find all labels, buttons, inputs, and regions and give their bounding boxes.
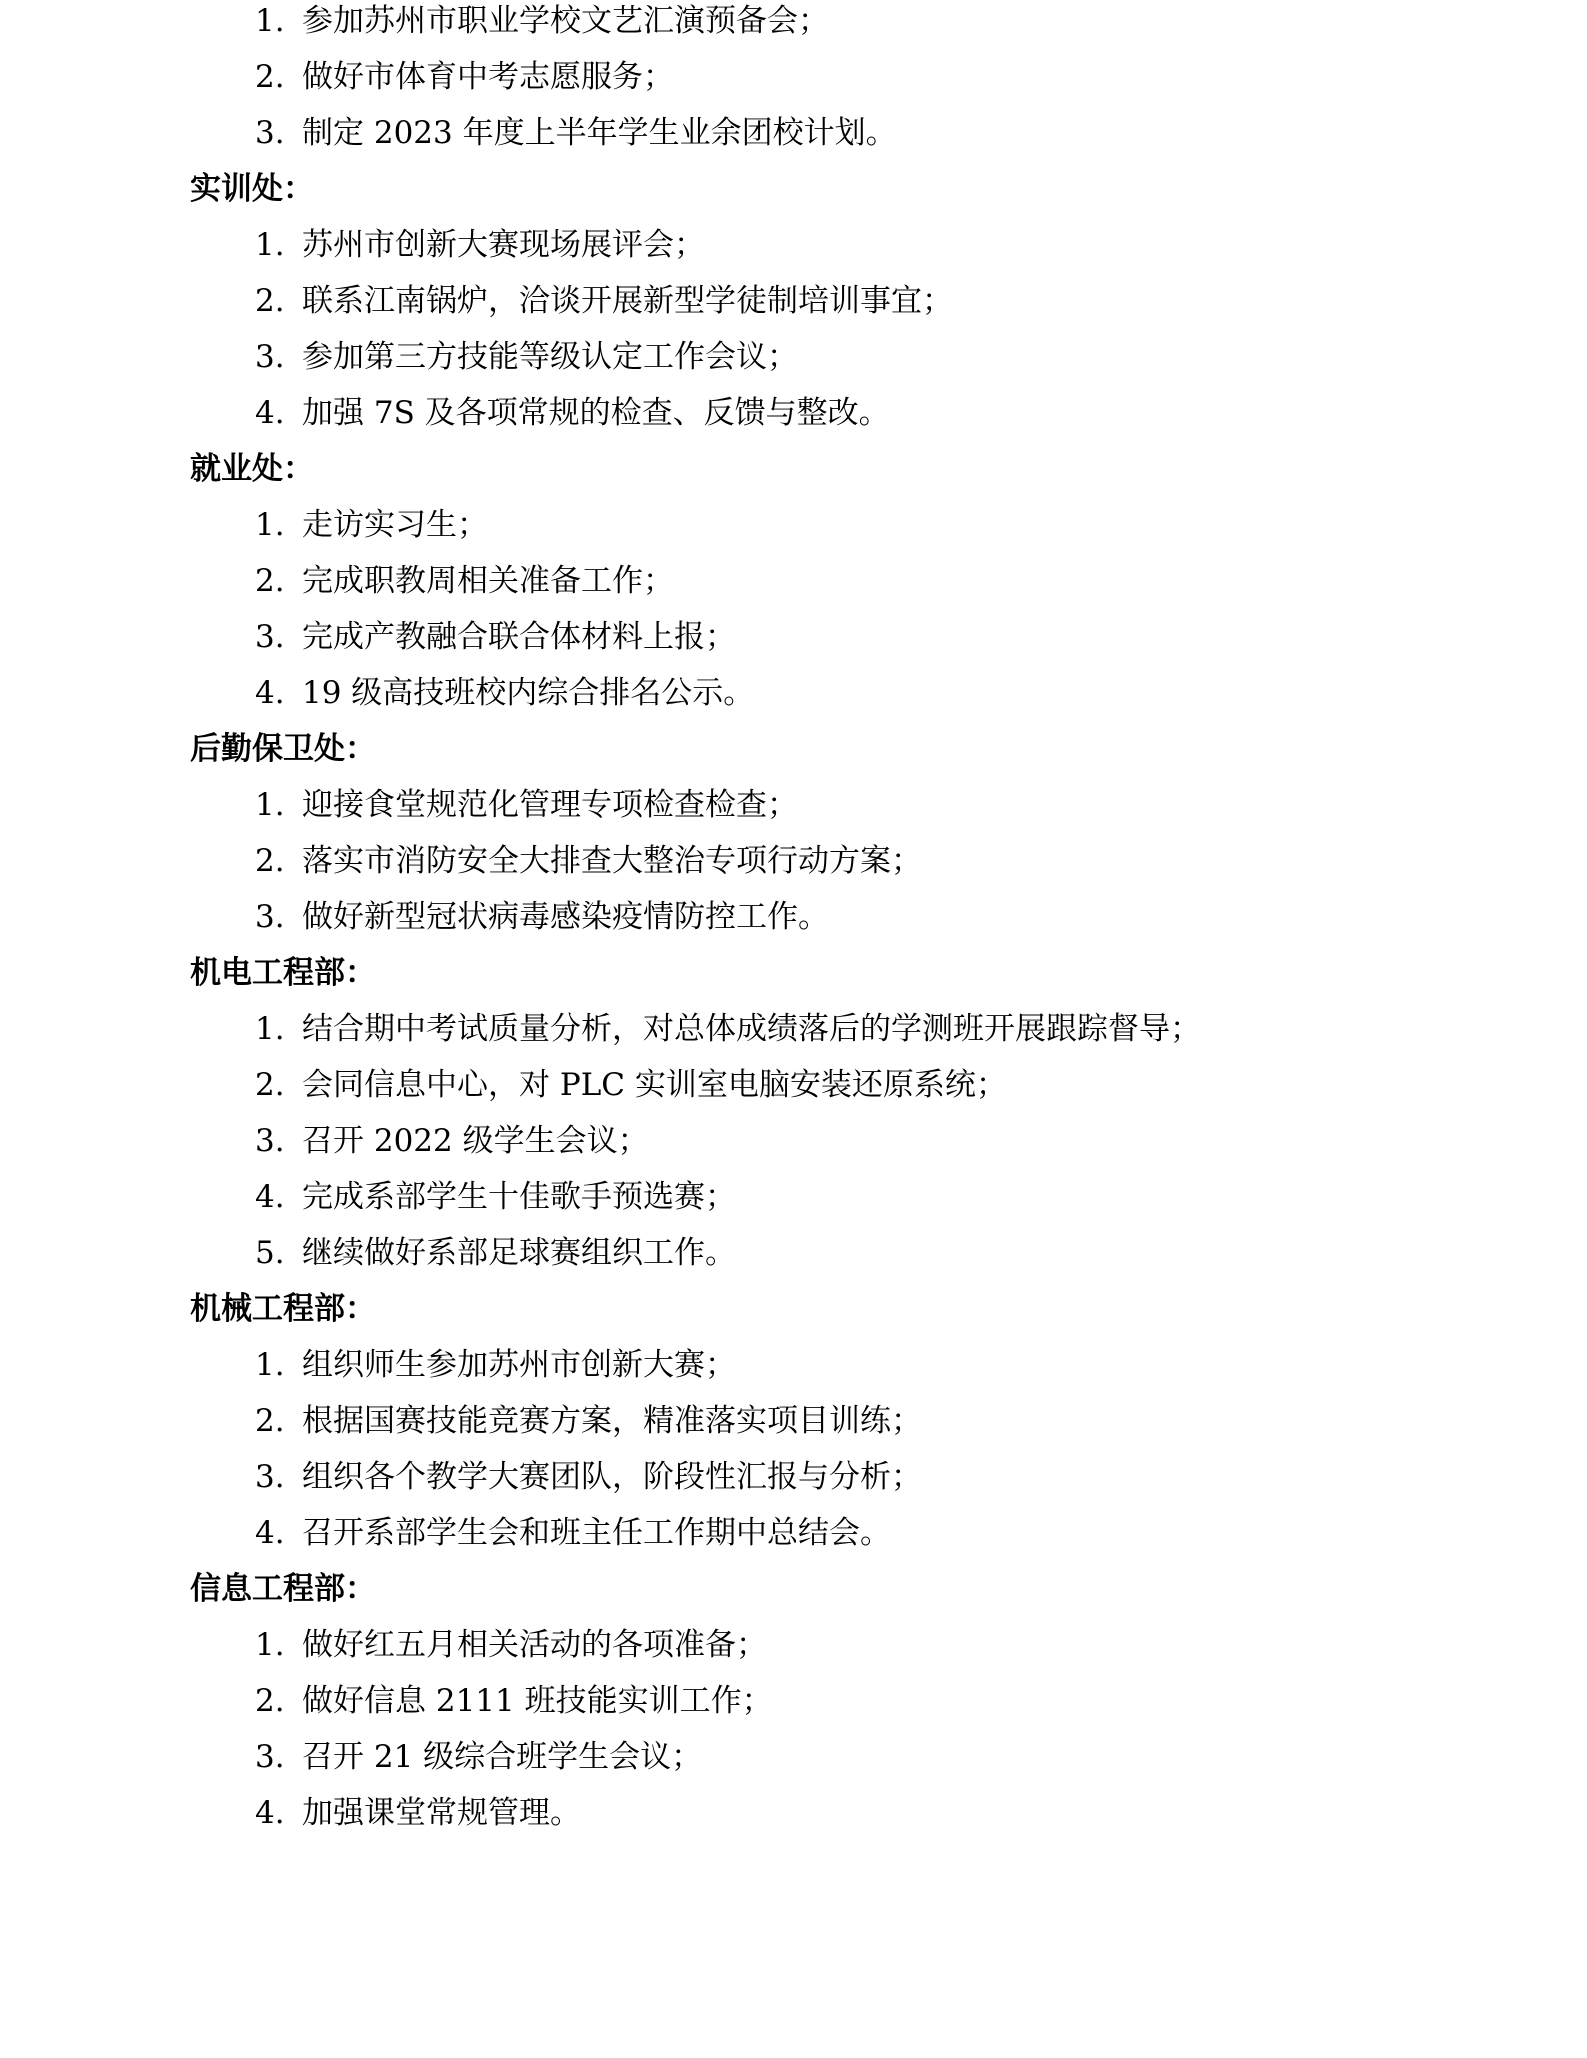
- section-heading: 后勤保卫处：: [0, 721, 1587, 777]
- item-number: 3.: [255, 1449, 285, 1505]
- section-logistics-security-office: 后勤保卫处： 1. 迎接食堂规范化管理专项检查检查； 2. 落实市消防安全大排查…: [0, 721, 1587, 945]
- item-text: 会同信息中心，对 PLC 实训室电脑安装还原系统；: [302, 1057, 1007, 1113]
- item-text: 参加苏州市职业学校文艺汇演预备会；: [302, 0, 829, 49]
- section-mechanical-dept: 机械工程部： 1. 组织师生参加苏州市创新大赛； 2. 根据国赛技能竞赛方案，精…: [0, 1281, 1587, 1561]
- item-number: 3.: [255, 609, 285, 665]
- list-item: 3. 做好新型冠状病毒感染疫情防控工作。: [0, 889, 1587, 945]
- list-item: 2. 做好信息 2111 班技能实训工作；: [0, 1673, 1587, 1729]
- item-number: 1.: [255, 1001, 285, 1057]
- item-text: 完成产教融合联合体材料上报；: [302, 609, 736, 665]
- item-text: 做好市体育中考志愿服务；: [302, 49, 674, 105]
- section-training-office: 实训处： 1. 苏州市创新大赛现场展评会； 2. 联系江南锅炉，洽谈开展新型学徒…: [0, 161, 1587, 441]
- item-number: 1.: [255, 497, 285, 553]
- item-number: 4.: [255, 1169, 285, 1225]
- item-text: 结合期中考试质量分析，对总体成绩落后的学测班开展跟踪督导；: [302, 1001, 1201, 1057]
- list-item: 3. 制定 2023 年度上半年学生业余团校计划。: [0, 105, 1587, 161]
- item-text: 走访实习生；: [302, 497, 488, 553]
- list-item: 1. 做好红五月相关活动的各项准备；: [0, 1617, 1587, 1673]
- item-number: 1.: [255, 0, 285, 49]
- item-number: 4.: [255, 1785, 285, 1841]
- section-heading: 机电工程部：: [0, 945, 1587, 1001]
- list-item: 3. 召开 21 级综合班学生会议；: [0, 1729, 1587, 1785]
- item-text: 联系江南锅炉，洽谈开展新型学徒制培训事宜；: [302, 273, 953, 329]
- list-item: 1. 组织师生参加苏州市创新大赛；: [0, 1337, 1587, 1393]
- list-item: 2. 会同信息中心，对 PLC 实训室电脑安装还原系统；: [0, 1057, 1587, 1113]
- list-item: 3. 完成产教融合联合体材料上报；: [0, 609, 1587, 665]
- section-heading: 信息工程部：: [0, 1561, 1587, 1617]
- list-item: 4. 加强课堂常规管理。: [0, 1785, 1587, 1841]
- item-text: 19 级高技班校内综合排名公示。: [302, 665, 754, 721]
- item-number: 1.: [255, 777, 285, 833]
- item-text: 继续做好系部足球赛组织工作。: [302, 1225, 736, 1281]
- item-number: 5.: [255, 1225, 285, 1281]
- list-item: 3. 召开 2022 级学生会议；: [0, 1113, 1587, 1169]
- item-number: 2.: [255, 273, 285, 329]
- list-item: 4. 19 级高技班校内综合排名公示。: [0, 665, 1587, 721]
- item-number: 2.: [255, 49, 285, 105]
- item-text: 组织各个教学大赛团队，阶段性汇报与分析；: [302, 1449, 922, 1505]
- list-item: 2. 根据国赛技能竞赛方案，精准落实项目训练；: [0, 1393, 1587, 1449]
- section-heading: 实训处：: [0, 161, 1587, 217]
- item-text: 完成职教周相关准备工作；: [302, 553, 674, 609]
- list-item: 1. 苏州市创新大赛现场展评会；: [0, 217, 1587, 273]
- list-item: 1. 参加苏州市职业学校文艺汇演预备会；: [0, 0, 1587, 49]
- item-number: 3.: [255, 105, 285, 161]
- item-number: 2.: [255, 553, 285, 609]
- item-number: 3.: [255, 889, 285, 945]
- list-item: 2. 落实市消防安全大排查大整治专项行动方案；: [0, 833, 1587, 889]
- item-text: 加强课堂常规管理。: [302, 1785, 581, 1841]
- item-text: 加强 7S 及各项常规的检查、反馈与整改。: [302, 385, 890, 441]
- list-item: 4. 召开系部学生会和班主任工作期中总结会。: [0, 1505, 1587, 1561]
- item-text: 做好新型冠状病毒感染疫情防控工作。: [302, 889, 829, 945]
- item-number: 3.: [255, 329, 285, 385]
- item-text: 召开系部学生会和班主任工作期中总结会。: [302, 1505, 891, 1561]
- list-item: 5. 继续做好系部足球赛组织工作。: [0, 1225, 1587, 1281]
- list-item: 2. 做好市体育中考志愿服务；: [0, 49, 1587, 105]
- intro-list: 1. 参加苏州市职业学校文艺汇演预备会； 2. 做好市体育中考志愿服务； 3. …: [0, 0, 1587, 161]
- item-text: 苏州市创新大赛现场展评会；: [302, 217, 705, 273]
- item-number: 4.: [255, 665, 285, 721]
- item-number: 1.: [255, 1617, 285, 1673]
- item-text: 迎接食堂规范化管理专项检查检查；: [302, 777, 798, 833]
- list-item: 3. 组织各个教学大赛团队，阶段性汇报与分析；: [0, 1449, 1587, 1505]
- section-electromechanical-dept: 机电工程部： 1. 结合期中考试质量分析，对总体成绩落后的学测班开展跟踪督导； …: [0, 945, 1587, 1281]
- list-item: 4. 加强 7S 及各项常规的检查、反馈与整改。: [0, 385, 1587, 441]
- section-heading: 就业处：: [0, 441, 1587, 497]
- item-text: 落实市消防安全大排查大整治专项行动方案；: [302, 833, 922, 889]
- item-text: 做好信息 2111 班技能实训工作；: [302, 1673, 773, 1729]
- item-text: 组织师生参加苏州市创新大赛；: [302, 1337, 736, 1393]
- item-number: 3.: [255, 1113, 285, 1169]
- item-text: 完成系部学生十佳歌手预选赛；: [302, 1169, 736, 1225]
- item-number: 3.: [255, 1729, 285, 1785]
- item-text: 制定 2023 年度上半年学生业余团校计划。: [302, 105, 897, 161]
- document-page: 1. 参加苏州市职业学校文艺汇演预备会； 2. 做好市体育中考志愿服务； 3. …: [0, 0, 1587, 1841]
- list-item: 4. 完成系部学生十佳歌手预选赛；: [0, 1169, 1587, 1225]
- list-item: 2. 联系江南锅炉，洽谈开展新型学徒制培训事宜；: [0, 273, 1587, 329]
- section-employment-office: 就业处： 1. 走访实习生； 2. 完成职教周相关准备工作； 3. 完成产教融合…: [0, 441, 1587, 721]
- list-item: 2. 完成职教周相关准备工作；: [0, 553, 1587, 609]
- item-number: 4.: [255, 385, 285, 441]
- item-number: 2.: [255, 833, 285, 889]
- section-information-dept: 信息工程部： 1. 做好红五月相关活动的各项准备； 2. 做好信息 2111 班…: [0, 1561, 1587, 1841]
- item-text: 根据国赛技能竞赛方案，精准落实项目训练；: [302, 1393, 922, 1449]
- item-text: 做好红五月相关活动的各项准备；: [302, 1617, 767, 1673]
- item-number: 2.: [255, 1673, 285, 1729]
- list-item: 1. 走访实习生；: [0, 497, 1587, 553]
- item-number: 1.: [255, 1337, 285, 1393]
- item-text: 召开 2022 级学生会议；: [302, 1113, 649, 1169]
- item-number: 2.: [255, 1057, 285, 1113]
- list-item: 1. 迎接食堂规范化管理专项检查检查；: [0, 777, 1587, 833]
- item-text: 参加第三方技能等级认定工作会议；: [302, 329, 798, 385]
- list-item: 1. 结合期中考试质量分析，对总体成绩落后的学测班开展跟踪督导；: [0, 1001, 1587, 1057]
- item-number: 2.: [255, 1393, 285, 1449]
- section-heading: 机械工程部：: [0, 1281, 1587, 1337]
- item-number: 4.: [255, 1505, 285, 1561]
- list-item: 3. 参加第三方技能等级认定工作会议；: [0, 329, 1587, 385]
- item-text: 召开 21 级综合班学生会议；: [302, 1729, 702, 1785]
- item-number: 1.: [255, 217, 285, 273]
